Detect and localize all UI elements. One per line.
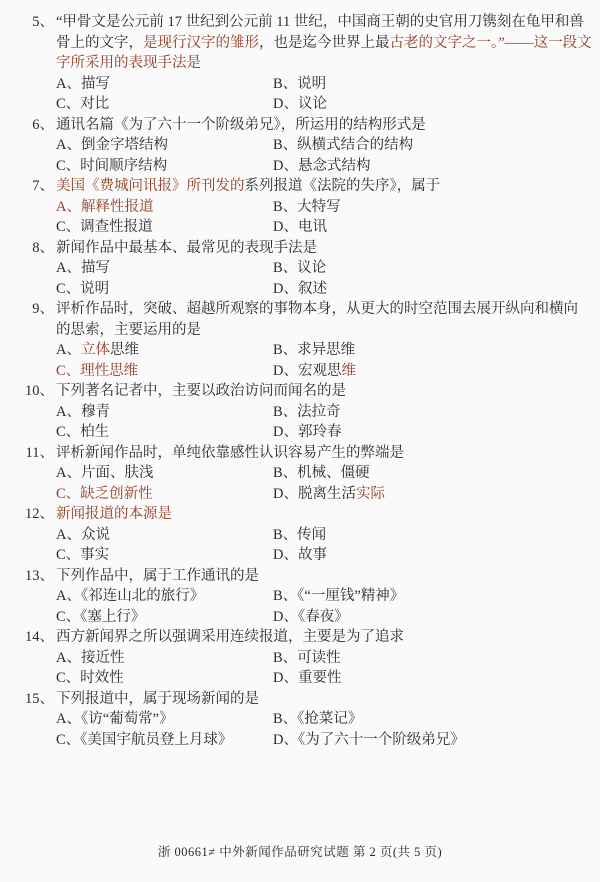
- option-segment: B、法拉奇: [273, 404, 341, 420]
- options-grid: A、倒金字塔结构B、纵横式结合的结构C、时间顺序结构D、悬念式结构: [56, 135, 600, 176]
- option-segment: A、《访“葡萄常”》: [56, 711, 174, 727]
- option: C、理性思维: [56, 361, 273, 382]
- option: D、电讯: [273, 217, 600, 238]
- question-stem: 评析作品时，突破、超越所观察的事物本身，从更大的时空范围去展开纵向和横向的思索，…: [56, 299, 600, 340]
- option-segment: C、时间顺序结构: [56, 158, 167, 174]
- question-stem: 通讯名篇《为了六十一个阶级弟兄》，所运用的结构形式是: [56, 115, 600, 136]
- options-grid: A、片面、肤浅B、机械、僵硬C、缺乏创新性D、脱离生活实际: [56, 463, 600, 504]
- question-list: 5、“甲骨文是公元前 17 世纪到公元前 11 世纪，中国商王朝的史官用刀镌刻在…: [0, 0, 600, 750]
- options-grid: A、《祁连山北的旅行》B、《“一厘钱”精神》C、《塞上行》D、《春夜》: [56, 586, 600, 627]
- option-segment: C、理性思维: [56, 363, 138, 379]
- option-segment: B、《“一厘钱”精神》: [273, 588, 404, 604]
- option: B、《“一厘钱”精神》: [273, 586, 600, 607]
- question-number: 9、: [0, 299, 54, 320]
- stem-segment: ，也是迄今世界上最: [259, 35, 390, 51]
- option-segment: C、时效性: [56, 670, 124, 686]
- option: C、说明: [56, 279, 273, 300]
- options-grid: A、解释性报道B、大特写C、调查性报道D、电讯: [56, 197, 600, 238]
- option: C、柏生: [56, 422, 273, 443]
- question: 11、评析新闻作品时，单纯依靠感性认识容易产生的弊端是A、片面、肤浅B、机械、僵…: [0, 443, 600, 505]
- stem-segment: 系列报道《法院的失序》，属于: [245, 178, 441, 194]
- option-segment: D、宏观思: [273, 363, 341, 379]
- option-segment: A、众说: [56, 527, 110, 543]
- option: B、纵横式结合的结构: [273, 135, 600, 156]
- option-segment: C、缺乏创新性: [56, 486, 153, 502]
- option: D、悬念式结构: [273, 156, 600, 177]
- option-segment: A、接近性: [56, 650, 124, 666]
- option: B、大特写: [273, 197, 600, 218]
- question: 12、新闻报道的本源是A、众说B、传闻C、事实D、故事: [0, 504, 600, 566]
- option-segment: A、倒金字塔结构: [56, 137, 168, 153]
- option-segment: B、纵横式结合的结构: [273, 137, 413, 153]
- question-number: 13、: [0, 566, 54, 587]
- option: A、《访“葡萄常”》: [56, 709, 273, 730]
- stem-segment: 美国《费城问讯报》所刊发的: [56, 178, 245, 194]
- question: 8、新闻作品中最基本、最常见的表现手法是A、描写B、议论C、说明D、叙述: [0, 238, 600, 300]
- option: D、重要性: [273, 668, 600, 689]
- option-segment: D、《春夜》: [273, 609, 349, 625]
- option: A、穆青: [56, 402, 273, 423]
- question-stem: 西方新闻界之所以强调采用连续报道，主要是为了追求: [56, 627, 600, 648]
- options-grid: A、立体思维B、求异思维C、理性思维D、宏观思维: [56, 340, 600, 381]
- question: 10、下列著名记者中，主要以政治访问而闻名的是A、穆青B、法拉奇C、柏生D、郭玲…: [0, 381, 600, 443]
- option-segment: D、议论: [273, 96, 327, 112]
- option-segment: D、《为了六十一个阶级弟兄》: [273, 732, 465, 748]
- question-stem: 下列报道中，属于现场新闻的是: [56, 689, 600, 710]
- option-segment: A、解释性报道: [56, 199, 153, 215]
- option: B、传闻: [273, 525, 600, 546]
- option: D、脱离生活实际: [273, 484, 600, 505]
- option-segment: A、描写: [56, 260, 110, 276]
- option: C、《塞上行》: [56, 607, 273, 628]
- option-segment: 立体: [81, 342, 110, 358]
- option: B、《抢菜记》: [273, 709, 600, 730]
- option: A、接近性: [56, 648, 273, 669]
- stem-segment: 是现行汉字的雏形: [143, 35, 259, 51]
- option: B、机械、僵硬: [273, 463, 600, 484]
- option: C、调查性报道: [56, 217, 273, 238]
- option-segment: B、说明: [273, 76, 326, 92]
- options-grid: A、众说B、传闻C、事实D、故事: [56, 525, 600, 566]
- option: D、议论: [273, 94, 600, 115]
- option: A、描写: [56, 74, 273, 95]
- question-stem: 评析新闻作品时，单纯依靠感性认识容易产生的弊端是: [56, 443, 600, 464]
- option-segment: B、求异思维: [273, 342, 355, 358]
- option: A、片面、肤浅: [56, 463, 273, 484]
- option-segment: C、《塞上行》: [56, 609, 145, 625]
- option-segment: B、机械、僵硬: [273, 465, 370, 481]
- option: D、宏观思维: [273, 361, 600, 382]
- option: B、说明: [273, 74, 600, 95]
- stem-segment: 下列报道中，属于现场新闻的是: [56, 691, 259, 707]
- question: 5、“甲骨文是公元前 17 世纪到公元前 11 世纪，中国商王朝的史官用刀镌刻在…: [0, 12, 600, 115]
- option-segment: 实际: [356, 486, 385, 502]
- option: B、法拉奇: [273, 402, 600, 423]
- question-stem: 下列著名记者中，主要以政治访问而闻名的是: [56, 381, 600, 402]
- stem-segment: 下列著名记者中，主要以政治访问而闻名的是: [56, 383, 346, 399]
- option-segment: B、传闻: [273, 527, 326, 543]
- option: A、倒金字塔结构: [56, 135, 273, 156]
- question: 7、美国《费城问讯报》所刊发的系列报道《法院的失序》，属于A、解释性报道B、大特…: [0, 176, 600, 238]
- stem-segment: 新闻报道的本源是: [56, 506, 172, 522]
- question-stem: 美国《费城问讯报》所刊发的系列报道《法院的失序》，属于: [56, 176, 600, 197]
- question-number: 15、: [0, 689, 54, 710]
- question-number: 12、: [0, 504, 54, 525]
- question-number: 8、: [0, 238, 54, 259]
- option: B、可读性: [273, 648, 600, 669]
- question-stem: 新闻报道的本源是: [56, 504, 600, 525]
- option: A、描写: [56, 258, 273, 279]
- options-grid: A、接近性B、可读性C、时效性D、重要性: [56, 648, 600, 689]
- question: 15、下列报道中，属于现场新闻的是A、《访“葡萄常”》B、《抢菜记》C、《美国宇…: [0, 689, 600, 751]
- option-segment: C、《美国宇航员登上月球》: [56, 732, 232, 748]
- option: A、立体思维: [56, 340, 273, 361]
- page-footer: 浙 00661≠ 中外新闻作品研究试题 第 2 页(共 5 页): [0, 842, 600, 863]
- question-stem: 下列作品中，属于工作通讯的是: [56, 566, 600, 587]
- option: D、郭玲春: [273, 422, 600, 443]
- options-grid: A、描写B、议论C、说明D、叙述: [56, 258, 600, 299]
- option: A、《祁连山北的旅行》: [56, 586, 273, 607]
- options-grid: A、描写B、说明C、对比D、议论: [56, 74, 600, 115]
- option-segment: C、说明: [56, 281, 109, 297]
- option: D、《春夜》: [273, 607, 600, 628]
- option-segment: A、描写: [56, 76, 110, 92]
- option-segment: B、《抢菜记》: [273, 711, 362, 727]
- question-number: 14、: [0, 627, 54, 648]
- stem-segment: 评析新闻作品时，单纯依靠感性认识容易产生的弊端是: [56, 445, 404, 461]
- option-segment: A、穆青: [56, 404, 110, 420]
- option: B、求异思维: [273, 340, 600, 361]
- option-segment: C、事实: [56, 547, 109, 563]
- option: C、时间顺序结构: [56, 156, 273, 177]
- stem-segment: 西方新闻界之所以强调采用连续报道，主要是为了追求: [56, 629, 404, 645]
- option-segment: D、重要性: [273, 670, 341, 686]
- option-segment: A、《祁连山北的旅行》: [56, 588, 204, 604]
- option-segment: C、柏生: [56, 424, 109, 440]
- option: A、众说: [56, 525, 273, 546]
- question: 6、通讯名篇《为了六十一个阶级弟兄》，所运用的结构形式是A、倒金字塔结构B、纵横…: [0, 115, 600, 177]
- question: 14、西方新闻界之所以强调采用连续报道，主要是为了追求A、接近性B、可读性C、时…: [0, 627, 600, 689]
- options-grid: A、《访“葡萄常”》B、《抢菜记》C、《美国宇航员登上月球》D、《为了六十一个阶…: [56, 709, 600, 750]
- option: A、解释性报道: [56, 197, 273, 218]
- option-segment: 思维: [110, 342, 139, 358]
- question-number: 11、: [0, 443, 54, 464]
- option-segment: B、大特写: [273, 199, 341, 215]
- question-number: 7、: [0, 176, 54, 197]
- option: C、对比: [56, 94, 273, 115]
- option-segment: B、议论: [273, 260, 326, 276]
- question-number: 10、: [0, 381, 54, 402]
- option: C、事实: [56, 545, 273, 566]
- question: 13、下列作品中，属于工作通讯的是A、《祁连山北的旅行》B、《“一厘钱”精神》C…: [0, 566, 600, 628]
- question-number: 5、: [0, 12, 54, 33]
- stem-segment: 通讯名篇《为了六十一个阶级弟兄》，所运用的结构形式是: [56, 117, 426, 133]
- exam-document: { "page": { "bg": "#fafafa", "ink": "#2a…: [0, 0, 600, 882]
- question-stem: “甲骨文是公元前 17 世纪到公元前 11 世纪，中国商王朝的史官用刀镌刻在龟甲…: [56, 12, 600, 74]
- option-segment: D、故事: [273, 547, 327, 563]
- option: C、时效性: [56, 668, 273, 689]
- question-stem: 新闻作品中最基本、最常见的表现手法是: [56, 238, 600, 259]
- option-segment: A、: [56, 342, 81, 358]
- option: D、故事: [273, 545, 600, 566]
- stem-segment: 新闻作品中最基本、最常见的表现手法是: [56, 240, 317, 256]
- options-grid: A、穆青B、法拉奇C、柏生D、郭玲春: [56, 402, 600, 443]
- option-segment: D、悬念式结构: [273, 158, 370, 174]
- question-number: 6、: [0, 115, 54, 136]
- option-segment: D、脱离生活: [273, 486, 356, 502]
- option: C、《美国宇航员登上月球》: [56, 730, 273, 751]
- option: C、缺乏创新性: [56, 484, 273, 505]
- option-segment: C、调查性报道: [56, 219, 153, 235]
- option-segment: D、郭玲春: [273, 424, 341, 440]
- option: B、议论: [273, 258, 600, 279]
- option: D、叙述: [273, 279, 600, 300]
- option-segment: D、叙述: [273, 281, 327, 297]
- option-segment: B、可读性: [273, 650, 341, 666]
- option-segment: A、片面、肤浅: [56, 465, 153, 481]
- stem-segment: 下列作品中，属于工作通讯的是: [56, 568, 259, 584]
- option-segment: 维: [341, 363, 356, 379]
- option: D、《为了六十一个阶级弟兄》: [273, 730, 600, 751]
- option-segment: D、电讯: [273, 219, 327, 235]
- stem-segment: 评析作品时，突破、超越所观察的事物本身，从更大的时空范围去展开纵向和横向的思索，…: [56, 301, 578, 338]
- question: 9、评析作品时，突破、超越所观察的事物本身，从更大的时空范围去展开纵向和横向的思…: [0, 299, 600, 381]
- option-segment: C、对比: [56, 96, 109, 112]
